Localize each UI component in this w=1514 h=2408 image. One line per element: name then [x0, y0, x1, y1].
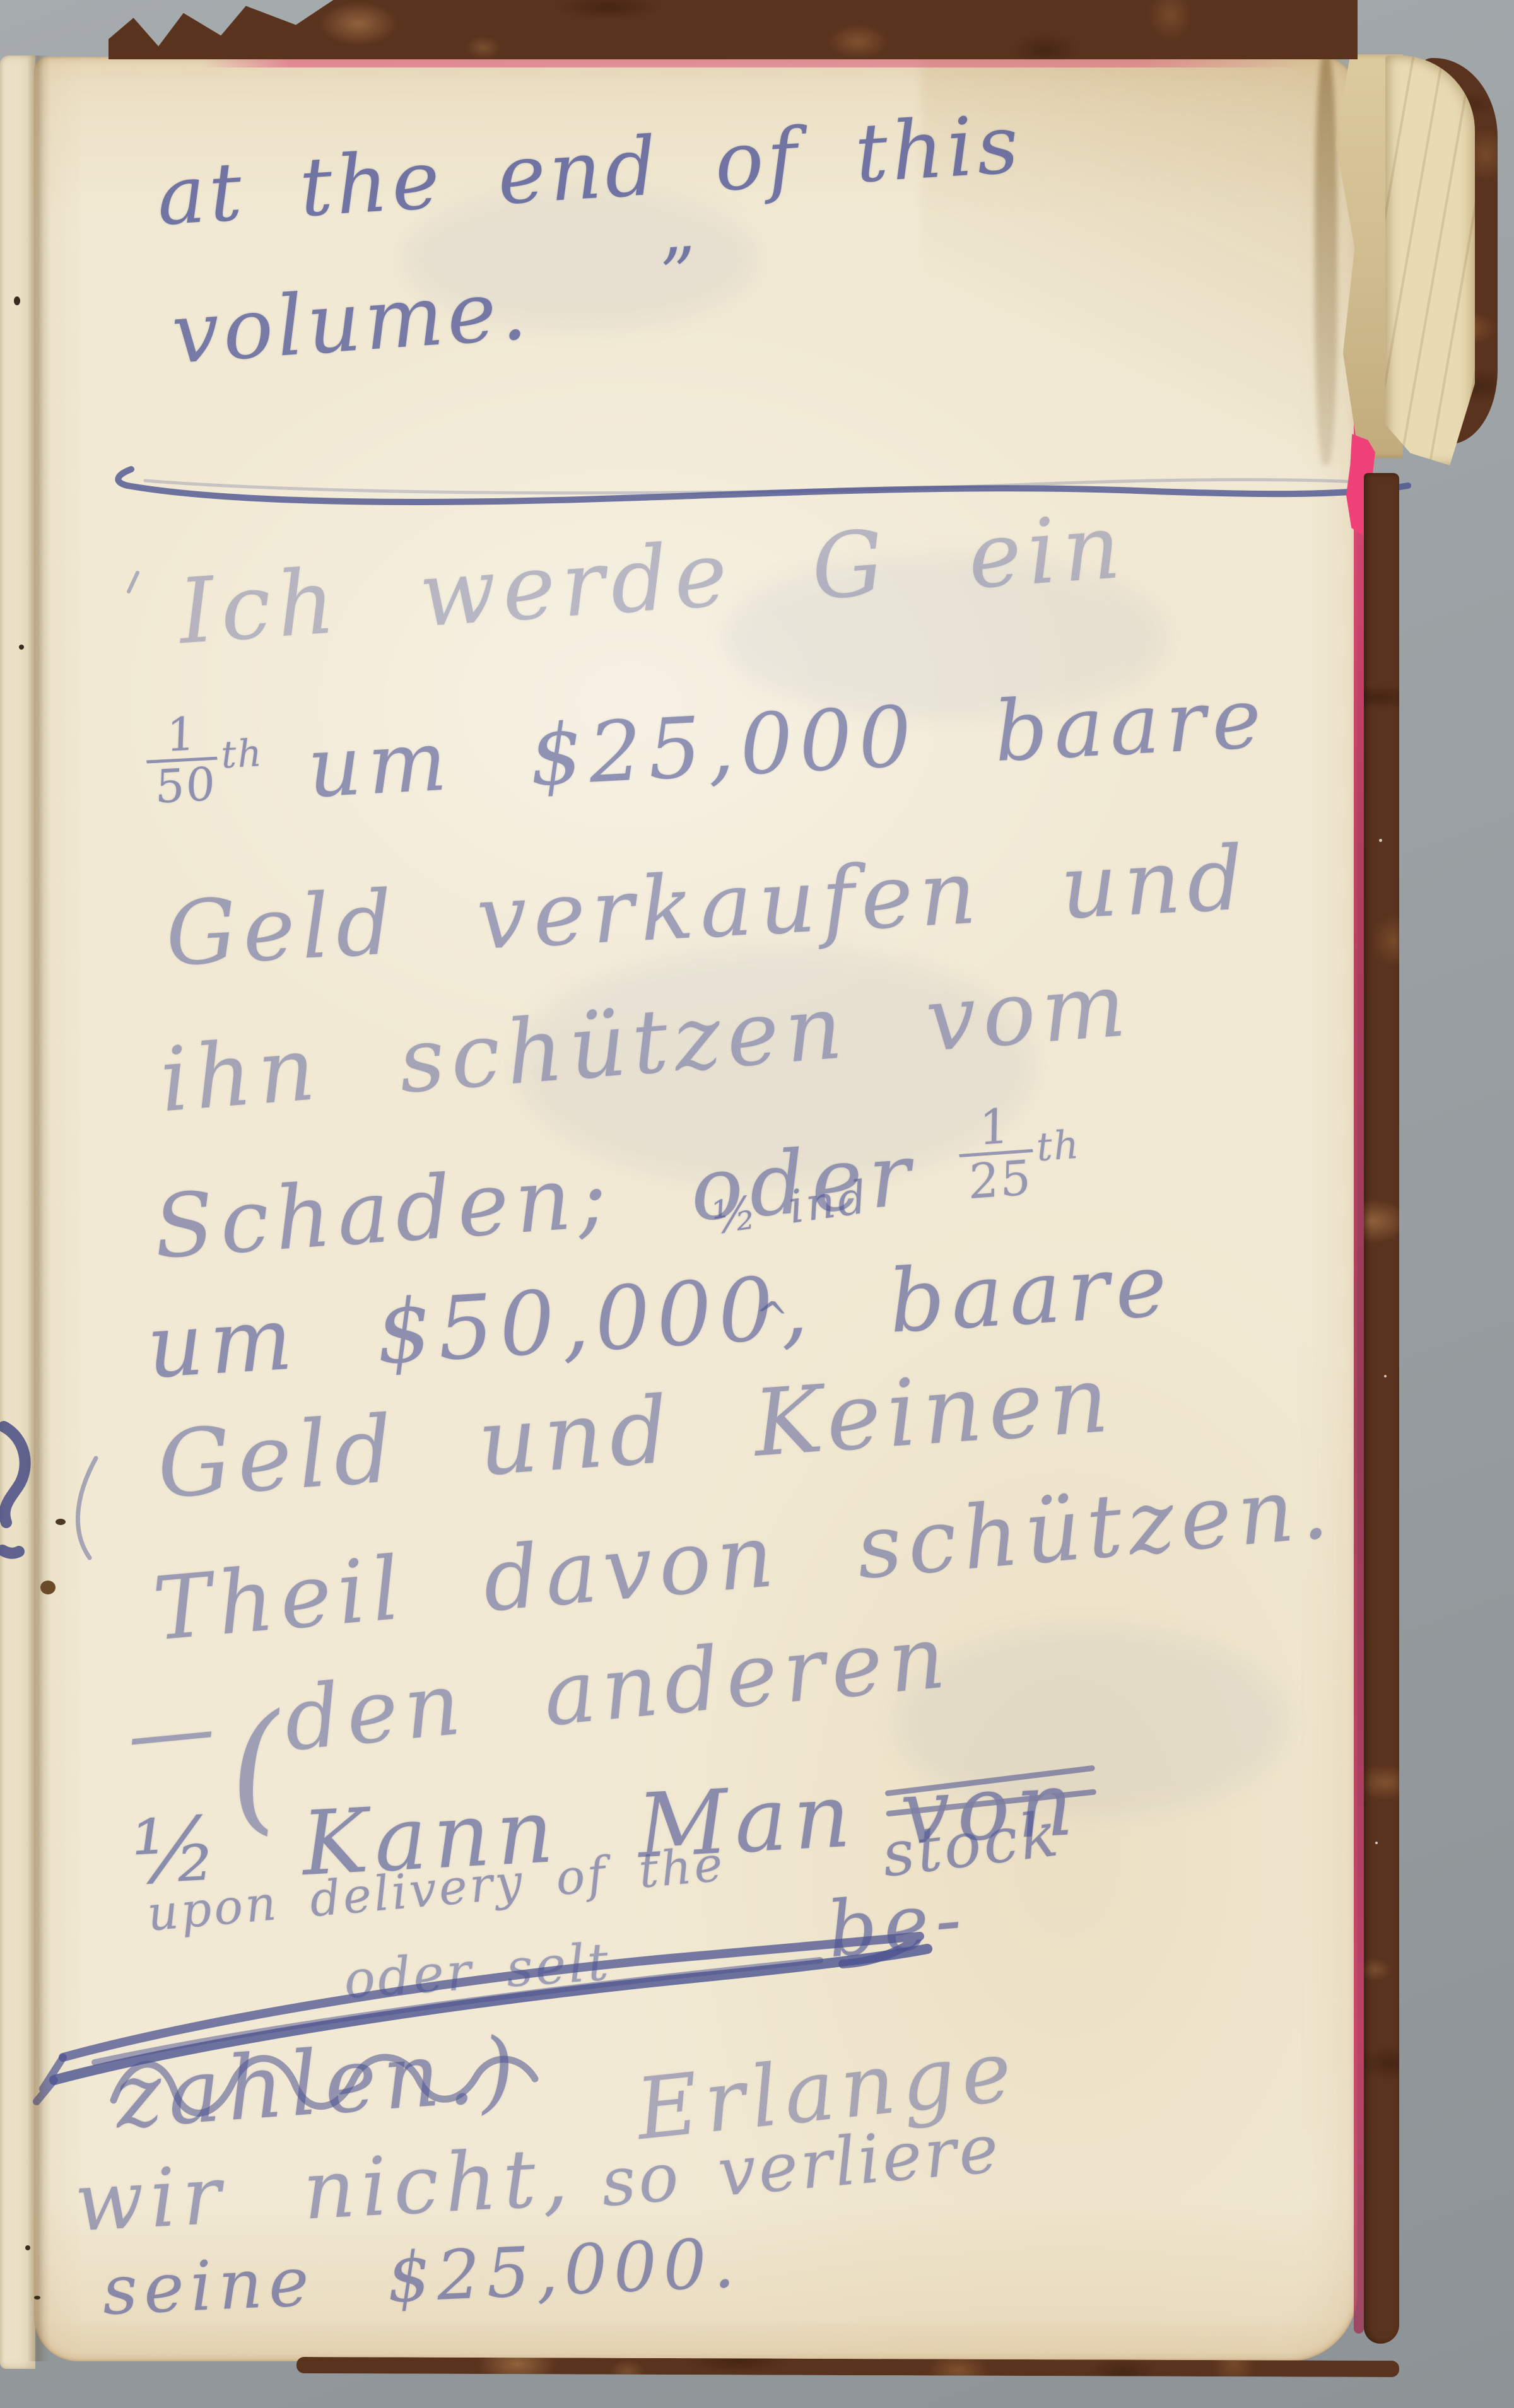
dirt-speck — [14, 296, 20, 305]
fraction-1-50: 150 — [139, 711, 225, 810]
fraction-1-25: 125 — [951, 1102, 1042, 1207]
line-um-25000: 150thum $25,000 baare — [144, 656, 1270, 826]
superscript-th: th — [220, 732, 264, 777]
dust-fleck — [1379, 839, 1382, 842]
wormhole-stain — [40, 1581, 56, 1594]
line-english-1: at the end of this — [155, 97, 1025, 244]
notebook-scan: at the end of this volume.” Ich werde G … — [0, 0, 1514, 2408]
closing-quote-mark: ” — [657, 232, 703, 317]
word-volume: volume. — [169, 261, 534, 383]
stitch-hole — [34, 2296, 40, 2300]
caret-mark: ^ — [752, 1292, 793, 1343]
dash-mark: — — [123, 1676, 226, 1786]
text-baare: baare — [886, 1234, 1177, 1352]
line-ich-werde: Ich werde G ein — [175, 494, 1130, 665]
stitch-hole — [25, 2245, 30, 2250]
dirt-speck — [56, 1519, 66, 1525]
dust-fleck — [1384, 1375, 1387, 1377]
dust-fleck — [1375, 1842, 1378, 1844]
manuscript-text-layer: at the end of this volume.” Ich werde G … — [0, 0, 1514, 2408]
dirt-speck — [19, 645, 24, 650]
text-um-25000-baare: um $25,000 baare — [305, 670, 1270, 817]
bent-page-stack-corner — [1385, 56, 1475, 465]
line-wir-nicht: wir nicht, — [73, 2130, 577, 2250]
binding-gutter-shadow — [28, 56, 50, 2361]
line-oder-below-scribble: oder selt — [342, 1932, 613, 2010]
line-english-2: volume.” — [169, 249, 706, 383]
line-zahlen: zahlen.) — [112, 2018, 524, 2149]
superscript-th: th — [1035, 1121, 1081, 1171]
word-be-hyphen: be- — [824, 1874, 971, 1975]
leather-cover-right-edge — [1364, 473, 1399, 2344]
red-stained-fore-edge — [1354, 353, 1364, 2334]
